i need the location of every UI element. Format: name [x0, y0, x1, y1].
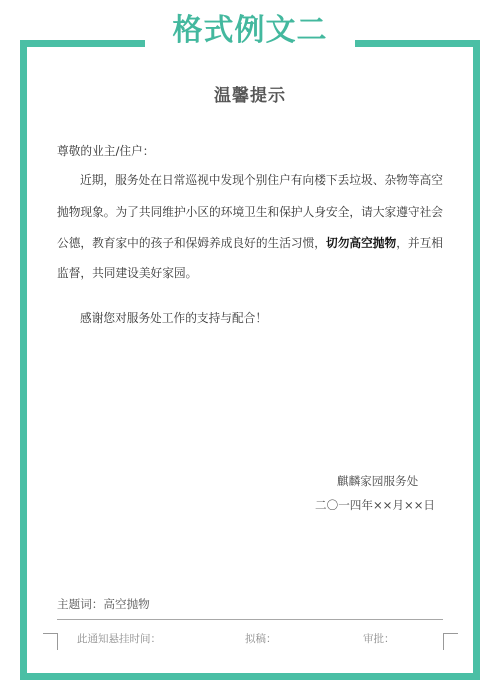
- draft-label: 拟稿：: [245, 632, 277, 646]
- keywords-value: 高空抛物: [103, 597, 149, 611]
- keywords-label: 主题词：: [57, 597, 103, 611]
- body-line-4: 监督，共同建设美好家园。: [57, 265, 197, 281]
- body-line-3: 公德，教育家中的孩子和保姆养成良好的生活习惯，切勿高空抛物，并互相: [57, 235, 443, 251]
- body-line-3-text-before: 公德，教育家中的孩子和保姆养成良好的生活习惯，: [57, 236, 326, 250]
- emphasis-text: 切勿高空抛物: [326, 236, 396, 250]
- footer-divider: [57, 619, 443, 620]
- document-frame: [20, 40, 480, 680]
- banner-title: 格式例文二: [145, 15, 355, 47]
- banner: 格式例文二: [145, 0, 355, 60]
- corner-mark-left: [43, 633, 58, 650]
- body-line-2: 抛物现象。为了共同维护小区的环境卫生和保护人身安全，请大家遵守社会: [57, 204, 443, 220]
- corner-mark-right: [443, 633, 458, 650]
- closing-line: 感谢您对服务处工作的支持与配合！: [80, 310, 267, 326]
- keywords-line: 主题词：高空抛物: [57, 596, 150, 612]
- posting-time-label: 此通知悬挂时间：: [77, 632, 161, 646]
- body-line-1: 近期，服务处在日常巡视中发现个别住户有向楼下丢垃圾、杂物等高空: [80, 172, 443, 188]
- salutation: 尊敬的业主/住户：: [57, 143, 154, 159]
- body-line-3-text-after: ，并互相: [396, 236, 443, 250]
- signature-organization: 麒麟家园服务处: [337, 473, 418, 489]
- signature-date: 二〇一四年××月××日: [315, 497, 435, 513]
- approval-label: 审批：: [363, 632, 395, 646]
- notice-heading: 温馨提示: [0, 86, 500, 106]
